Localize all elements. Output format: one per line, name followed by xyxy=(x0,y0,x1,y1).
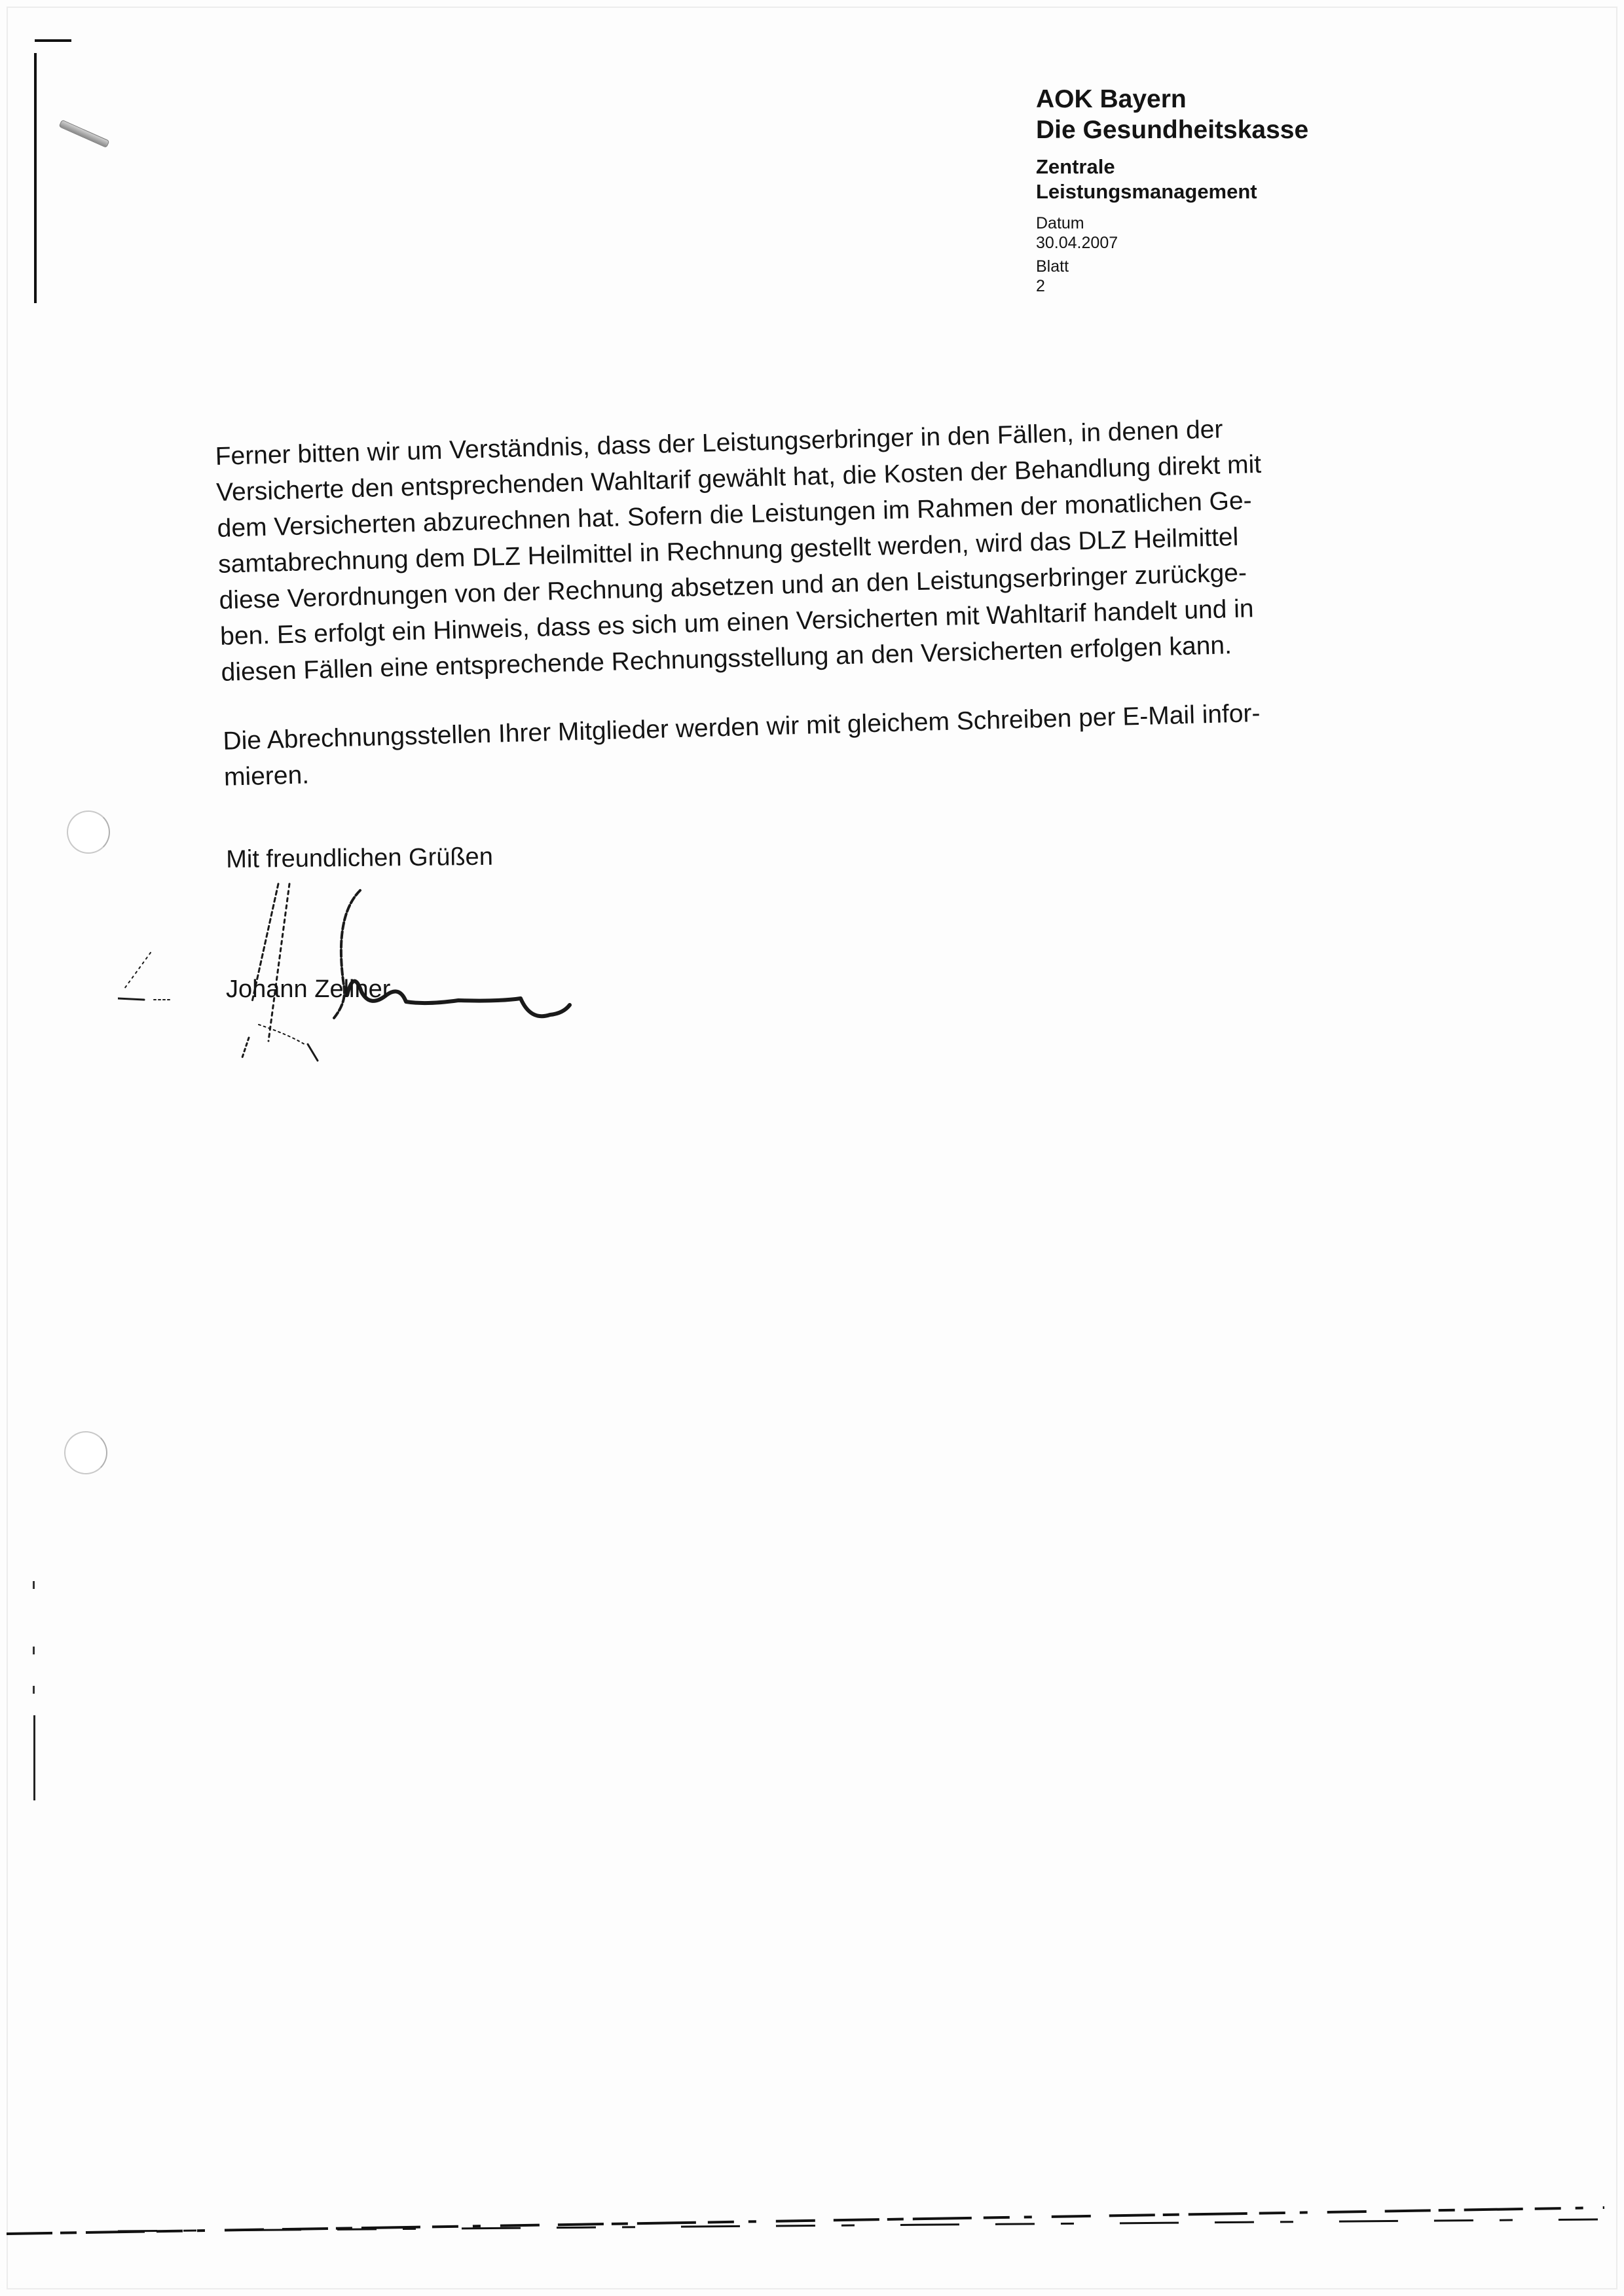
margin-mark xyxy=(33,1581,35,1589)
paragraph: Ferner bitten wir um Verständnis, dass d… xyxy=(215,405,1452,691)
sheet-number: 2 xyxy=(1036,276,1403,296)
closing-salutation: Mit freundlichen Grüßen xyxy=(226,843,493,874)
margin-line xyxy=(34,53,37,303)
handwritten-signature xyxy=(118,871,629,1067)
department-line: Zentrale xyxy=(1036,155,1403,179)
department: Zentrale Leistungsmanagement xyxy=(1036,155,1403,204)
punch-hole-icon xyxy=(64,1431,107,1474)
letterhead: AOK Bayern Die Gesundheitskasse Zentrale… xyxy=(1036,84,1403,296)
date-field: Datum 30.04.2007 xyxy=(1036,213,1403,253)
letter-page: AOK Bayern Die Gesundheitskasse Zentrale… xyxy=(0,0,1624,2296)
scan-edge-line xyxy=(0,2193,1624,2259)
department-line: Leistungsmanagement xyxy=(1036,179,1403,204)
sheet-label: Blatt xyxy=(1036,257,1403,276)
letter-body: Ferner bitten wir um Verständnis, dass d… xyxy=(215,405,1455,795)
margin-mark xyxy=(33,1686,35,1694)
punch-hole-icon xyxy=(67,811,110,854)
fold-mark xyxy=(35,39,71,42)
organization-name: AOK Bayern xyxy=(1036,84,1403,115)
sheet-field: Blatt 2 xyxy=(1036,257,1403,296)
date-value: 30.04.2007 xyxy=(1036,233,1403,253)
date-label: Datum xyxy=(1036,213,1403,233)
margin-mark xyxy=(33,1647,35,1654)
margin-line xyxy=(33,1715,35,1800)
scan-border xyxy=(7,7,1617,2289)
organization-tagline: Die Gesundheitskasse xyxy=(1036,115,1403,145)
signer-name: Johann Zellner xyxy=(226,975,390,1004)
